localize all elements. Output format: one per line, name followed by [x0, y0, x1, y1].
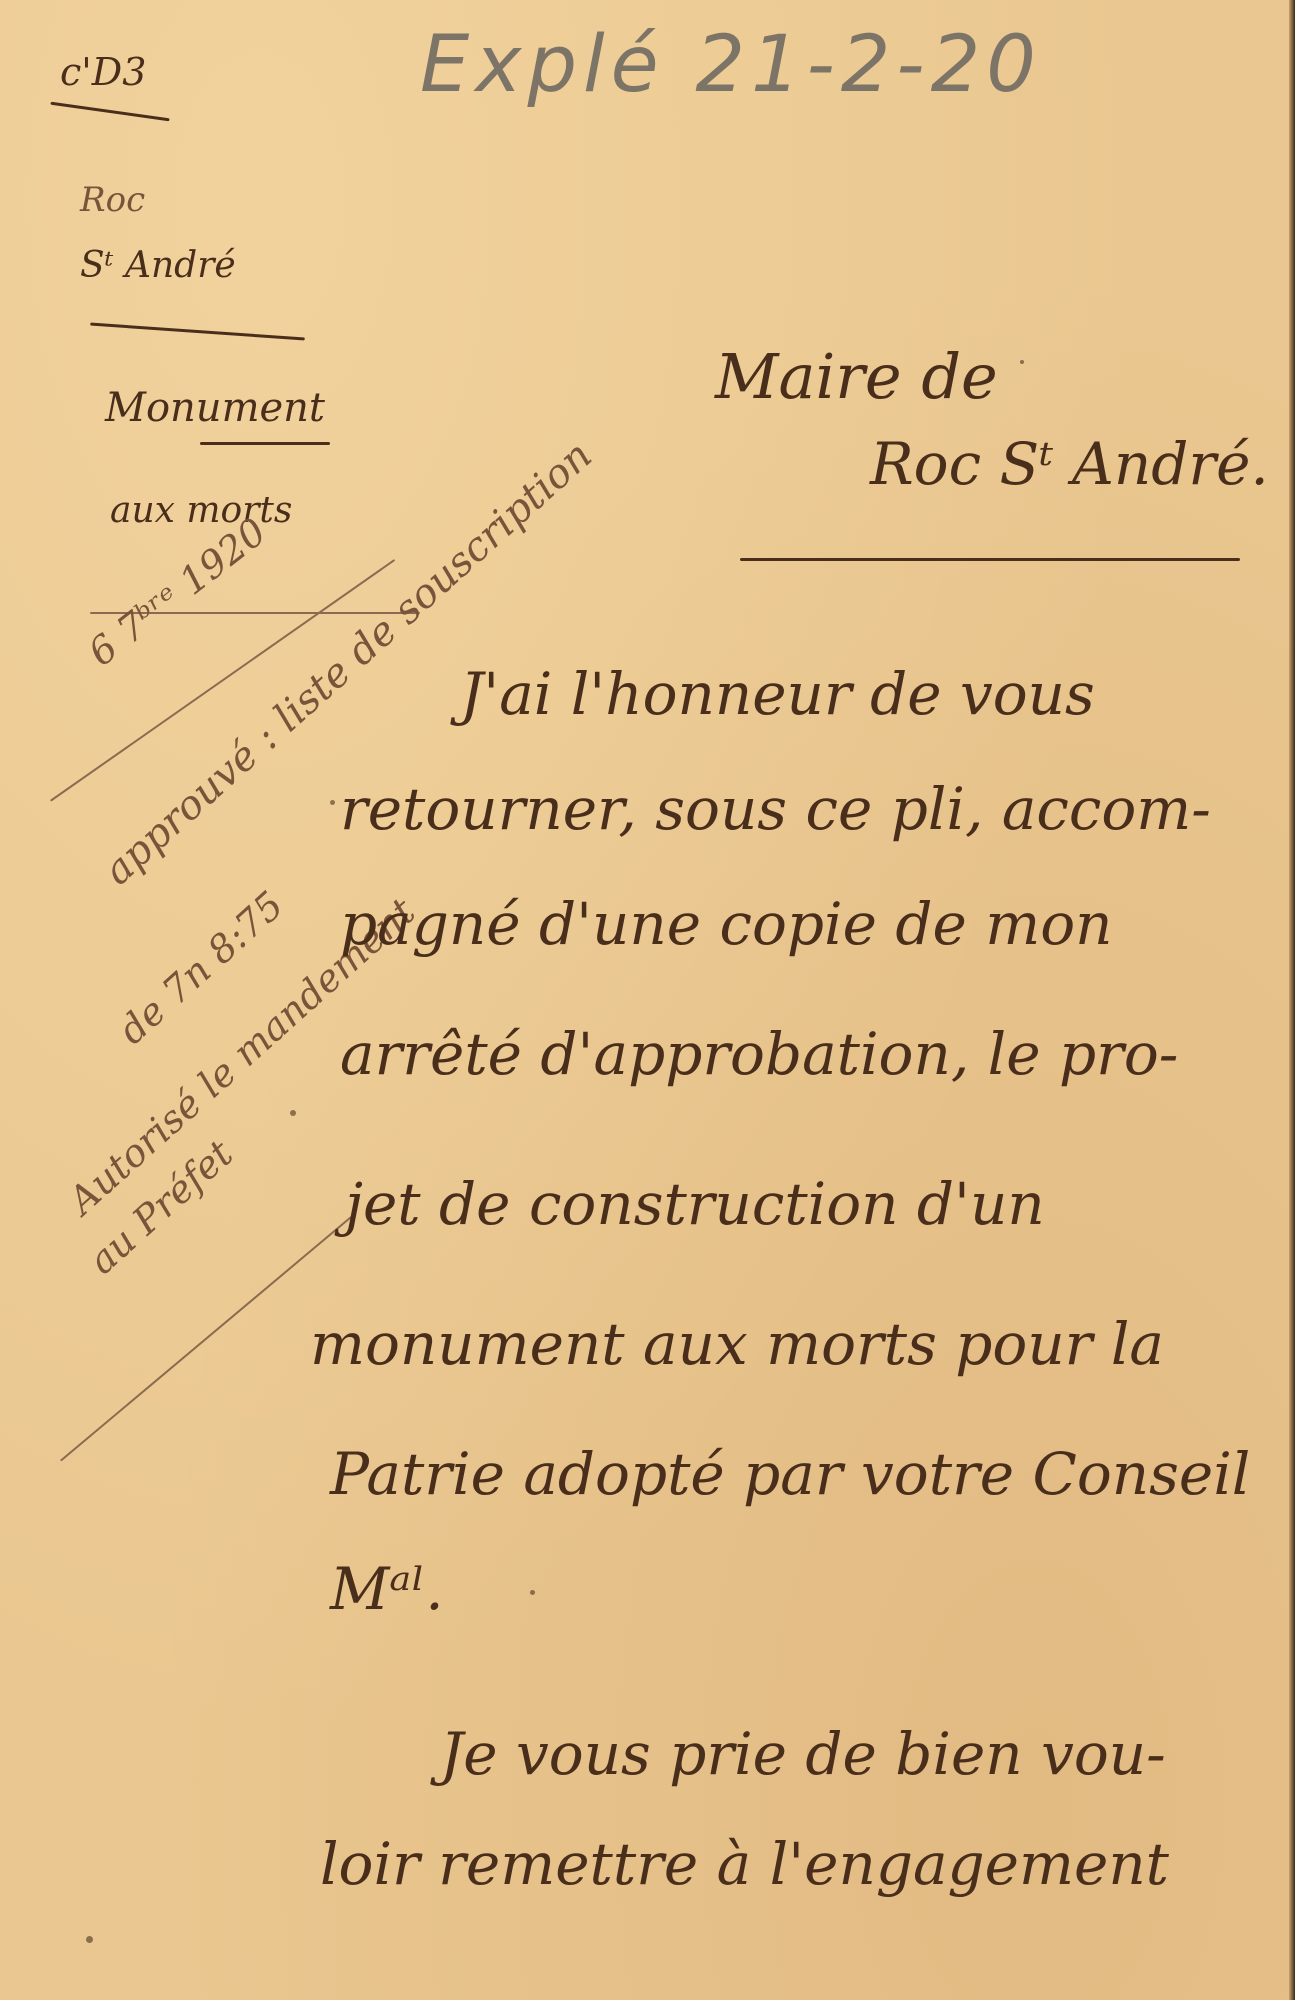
margin-heading-st-andre: Sᵗ André [80, 245, 236, 286]
paper-speck [1020, 360, 1024, 364]
body-line: Patrie adopté par votre Conseil [330, 1440, 1250, 1508]
margin-heading-aux-morts: aux morts [110, 490, 292, 531]
paper-speck [330, 800, 335, 805]
body-line: Je vous prie de bien vou- [440, 1720, 1166, 1788]
page-edge [1289, 0, 1295, 2000]
body-line: loir remettre à l'engagement [320, 1830, 1169, 1898]
reference-code: c'D3 [60, 50, 146, 94]
margin-date: 6 7ᵇʳᵉ 1920 [80, 509, 274, 674]
margin-heading-roc: Roc [80, 180, 145, 220]
pencil-dispatch-note: Explé 21-2-20 [420, 20, 1042, 110]
body-line: J'ai l'honneur de vous [460, 660, 1095, 728]
body-line: jet de construction d'un [345, 1170, 1045, 1238]
paper-speck [290, 1110, 296, 1116]
body-line: Mᵃˡ. [330, 1555, 444, 1623]
body-line: arrêté d'approbation, le pro- [340, 1020, 1178, 1088]
reference-underline [50, 102, 169, 122]
body-line: monument aux morts pour la [310, 1310, 1164, 1378]
paper-speck [86, 1936, 93, 1943]
body-line: retourner, sous ce pli, accom- [340, 775, 1211, 843]
addressee-commune: Roc Sᵗ André. [870, 430, 1269, 498]
paper-speck [530, 1590, 535, 1595]
margin-heading-rule [90, 323, 305, 341]
addressee-title: Maire de [715, 340, 998, 413]
margin-heading-flourish [200, 442, 330, 445]
letter-page: c'D3 Explé 21-2-20 Roc Sᵗ André Monument… [0, 0, 1295, 2000]
margin-heading-monument: Monument [105, 385, 325, 431]
addressee-underline [740, 558, 1240, 561]
body-line: pagné d'une copie de mon [340, 890, 1113, 958]
